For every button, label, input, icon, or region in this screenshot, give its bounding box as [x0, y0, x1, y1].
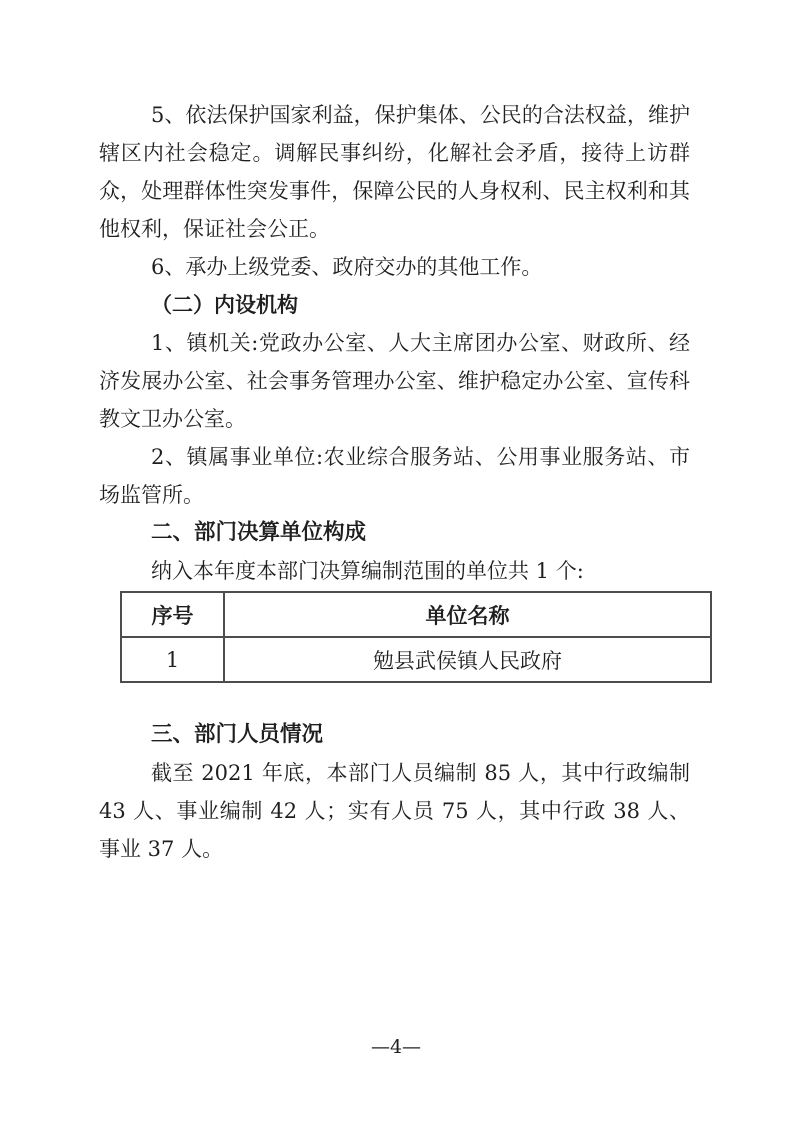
heading-unit-composition: 二、部门决算单位构成	[99, 514, 690, 552]
page-number: —4—	[0, 1035, 792, 1059]
unit-table: 序号 单位名称 1 勉县武侯镇人民政府	[120, 591, 712, 683]
table-header-seq: 序号	[121, 592, 224, 637]
document-content: 5、依法保护国家利益，保护集体、公民的合法权益，维护辖区内社会稳定。调解民事纠纷…	[99, 96, 690, 868]
table-cell-unit-name: 勉县武侯镇人民政府	[224, 637, 711, 682]
paragraph-town-institutions: 2、镇属事业单位:农业综合服务站、公用事业服务站、市场监管所。	[99, 438, 690, 514]
document-page: 5、依法保护国家利益，保护集体、公民的合法权益，维护辖区内社会稳定。调解民事纠纷…	[0, 0, 792, 1121]
heading-personnel: 三、部门人员情况	[99, 716, 690, 754]
paragraph-personnel: 截至 2021 年底，本部门人员编制 85 人，其中行政编制 43 人、事业编制…	[99, 754, 690, 868]
paragraph-duty-5: 5、依法保护国家利益，保护集体、公民的合法权益，维护辖区内社会稳定。调解民事纠纷…	[99, 96, 690, 248]
paragraph-unit-scope: 纳入本年度本部门决算编制范围的单位共 1 个:	[99, 552, 690, 590]
table-header-unit-name: 单位名称	[224, 592, 711, 637]
table-header-row: 序号 单位名称	[121, 592, 711, 637]
table-cell-seq: 1	[121, 637, 224, 682]
paragraph-town-organs: 1、镇机关:党政办公室、人大主席团办公室、财政所、经济发展办公室、社会事务管理办…	[99, 324, 690, 438]
paragraph-duty-6: 6、承办上级党委、政府交办的其他工作。	[99, 248, 690, 286]
table-row: 1 勉县武侯镇人民政府	[121, 637, 711, 682]
heading-internal-org: （二）内设机构	[99, 286, 690, 324]
